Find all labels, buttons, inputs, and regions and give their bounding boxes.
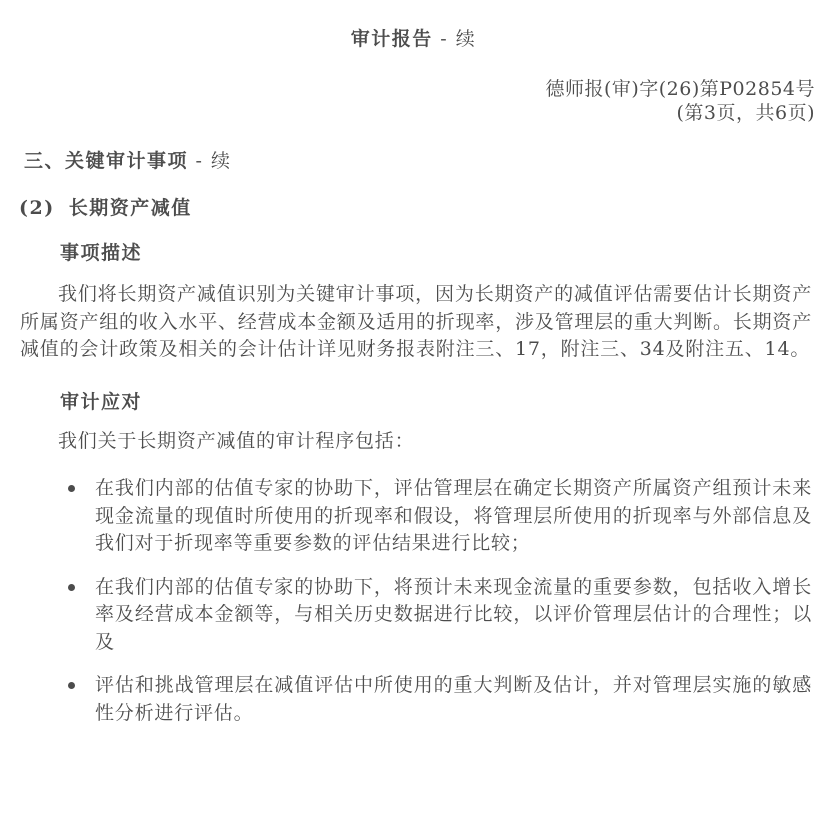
section-heading-suffix: - 续 [188, 150, 232, 172]
bullet-icon [68, 584, 75, 591]
bullet-icon [68, 682, 75, 689]
audit-response-heading: 审计应对 [60, 387, 142, 414]
list-item-text: 在我们内部的估值专家的协助下，评估管理层在确定长期资产所属资产组预计未来现金流量… [95, 477, 812, 554]
section-heading-title: 三、关键审计事项 [24, 150, 188, 172]
report-reference: 德师报(审)字(26)第P02854号 (第3页，共6页) [545, 77, 815, 125]
bullet-icon [68, 485, 75, 492]
list-item-text: 评估和挑战管理层在减值评估中所使用的重大判断及估计，并对管理层实施的敏感性分析进… [95, 674, 812, 724]
page-title-suffix: - 续 [433, 28, 477, 50]
list-item: 在我们内部的估值专家的协助下，评估管理层在确定长期资产所属资产组预计未来现金流量… [20, 475, 812, 558]
audit-response-intro: 我们关于长期资产减值的审计程序包括： [20, 428, 812, 456]
section-heading: 三、关键审计事项 - 续 [24, 146, 232, 173]
list-item: 在我们内部的估值专家的协助下，将预计未来现金流量的重要参数，包括收入增长率及经营… [20, 574, 812, 657]
matter-description-heading: 事项描述 [60, 238, 142, 265]
page-indicator: (第3页，共6页) [545, 101, 815, 125]
list-item: 评估和挑战管理层在减值评估中所使用的重大判断及估计，并对管理层实施的敏感性分析进… [20, 672, 812, 727]
subsection-title: 长期资产减值 [69, 197, 192, 219]
page-title-main: 审计报告 [351, 28, 433, 50]
subsection-heading: (2)长期资产减值 [19, 193, 192, 220]
matter-description-paragraph: 我们将长期资产减值识别为关键审计事项，因为长期资产的减值评估需要估计长期资产所属… [20, 281, 812, 364]
subsection-number: (2) [19, 197, 55, 219]
audit-procedures-list: 在我们内部的估值专家的协助下，评估管理层在确定长期资产所属资产组预计未来现金流量… [20, 475, 812, 743]
reference-number: 德师报(审)字(26)第P02854号 [545, 77, 815, 101]
page-title: 审计报告 - 续 [0, 24, 827, 51]
audit-report-page: 审计报告 - 续 德师报(审)字(26)第P02854号 (第3页，共6页) 三… [0, 0, 827, 814]
list-item-text: 在我们内部的估值专家的协助下，将预计未来现金流量的重要参数，包括收入增长率及经营… [95, 576, 812, 653]
